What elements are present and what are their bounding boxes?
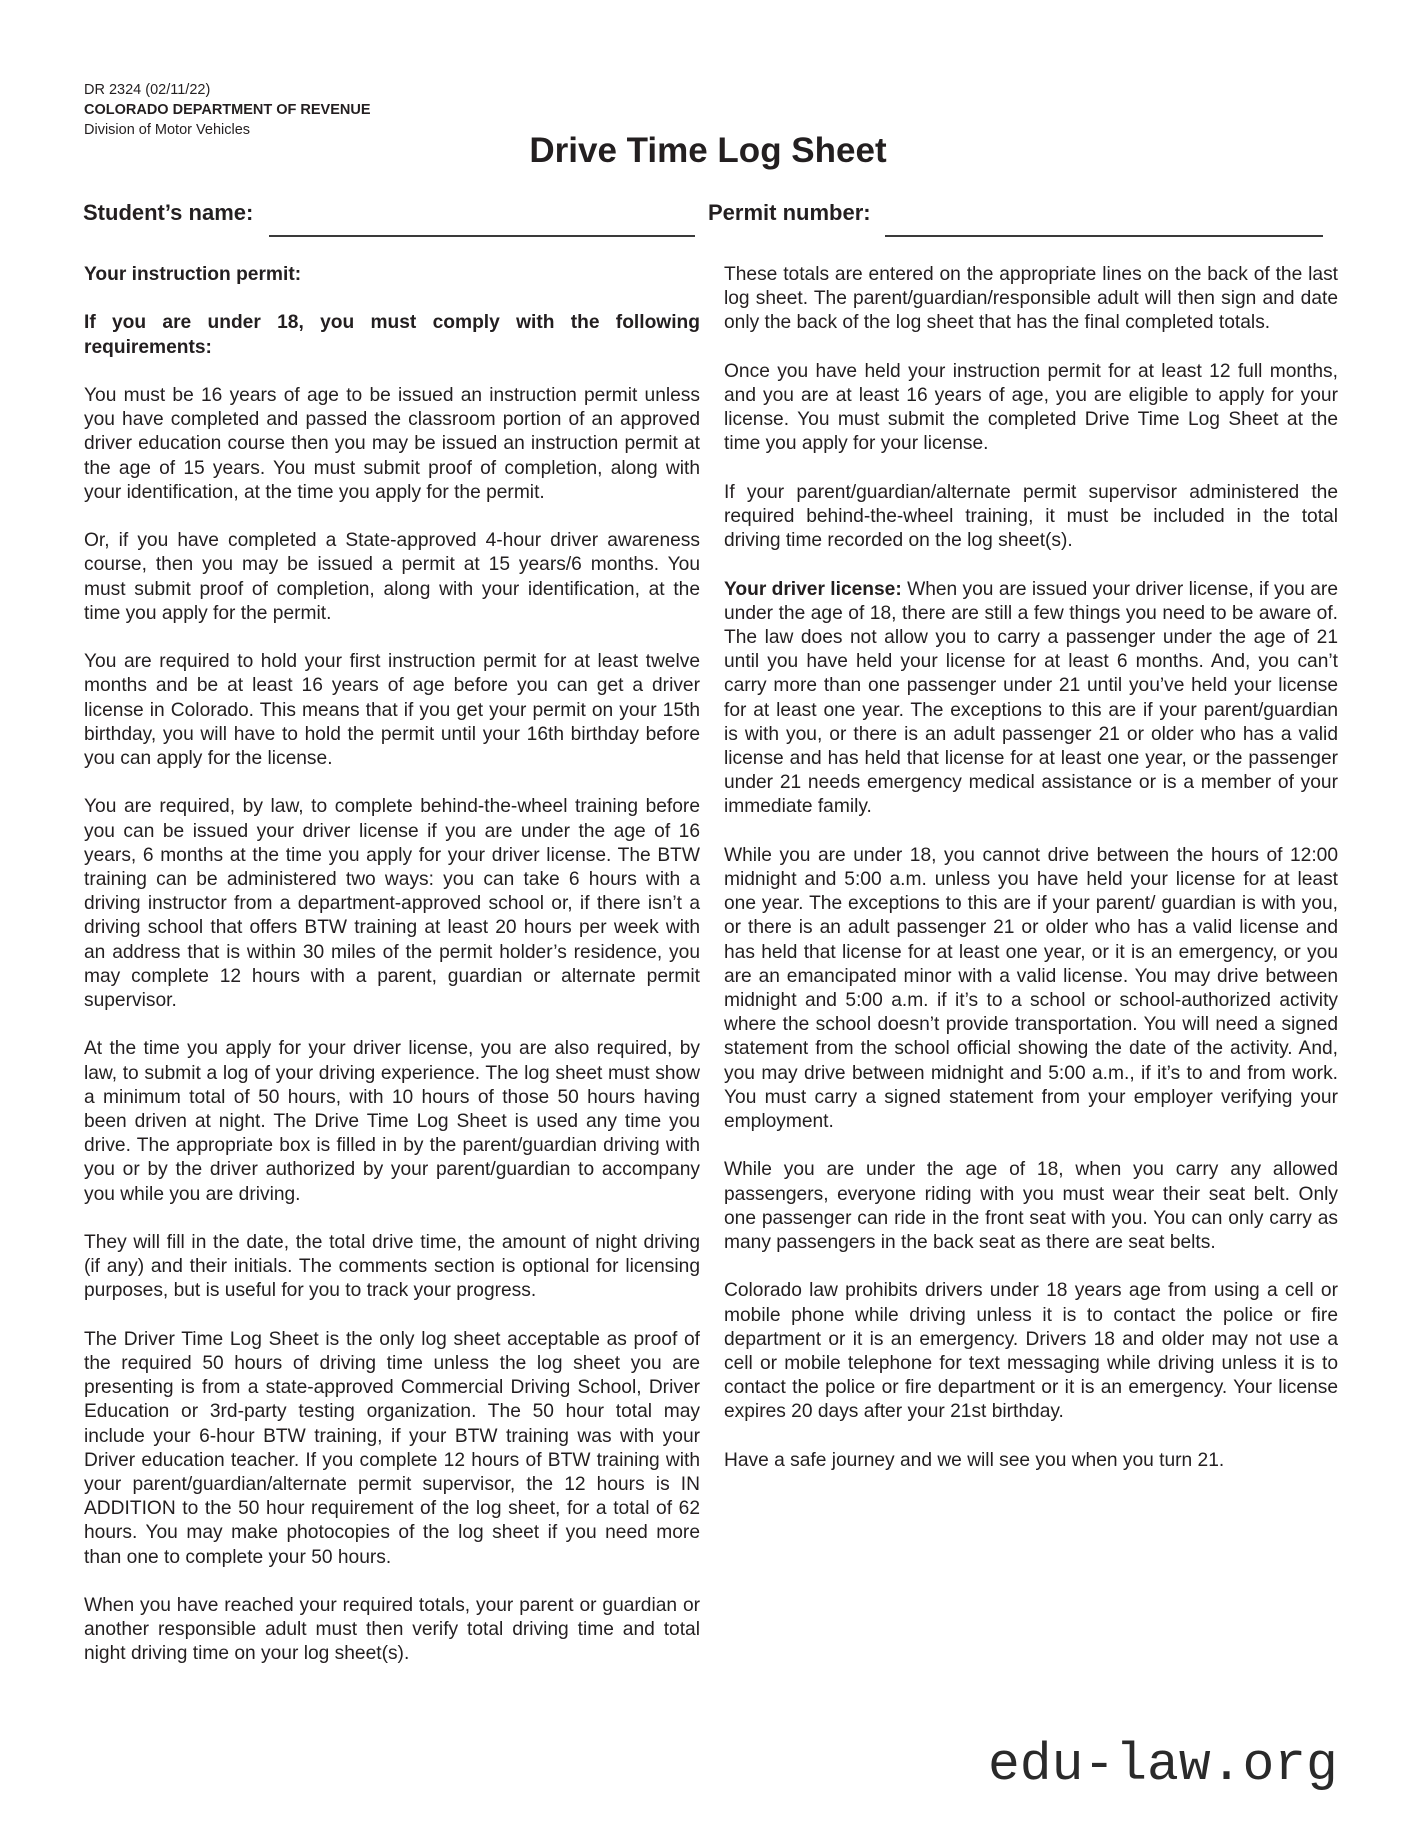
section-heading-driver-license: Your driver license:: [724, 579, 902, 600]
closing-line: Have a safe journey and we will see you …: [724, 1449, 1338, 1473]
paragraph: Or, if you have completed a State-approv…: [84, 529, 700, 626]
paragraph: These totals are entered on the appropri…: [724, 263, 1338, 336]
form-number: DR 2324 (02/11/22): [84, 80, 371, 100]
right-column: These totals are entered on the appropri…: [724, 263, 1338, 1497]
paragraph: Colorado law prohibits drivers under 18 …: [724, 1279, 1338, 1424]
paragraph: If your parent/guardian/alternate permit…: [724, 481, 1338, 554]
section-subheading-under-18: If you are under 18, you must comply wit…: [84, 311, 700, 359]
left-column: Your instruction permit: If you are unde…: [84, 263, 700, 1691]
student-name-input[interactable]: [269, 235, 695, 237]
paragraph: While you are under 18, you cannot drive…: [724, 844, 1338, 1134]
permit-number-label: Permit number:: [708, 199, 871, 227]
paragraph: The Driver Time Log Sheet is the only lo…: [84, 1328, 700, 1570]
student-name-field: Student’s name:: [83, 199, 695, 227]
driver-license-section: Your driver license: When you are issued…: [724, 578, 1338, 820]
permit-number-input[interactable]: [885, 235, 1323, 237]
permit-number-field: Permit number:: [708, 199, 1323, 227]
paragraph: When you have reached your required tota…: [84, 1594, 700, 1667]
page-title: Drive Time Log Sheet: [0, 130, 1416, 172]
section-heading-instruction-permit: Your instruction permit:: [84, 263, 700, 287]
watermark: edu-law.org: [988, 1735, 1338, 1795]
department-name: COLORADO DEPARTMENT OF REVENUE: [84, 100, 371, 120]
page-title-text: Drive Time Log Sheet: [529, 130, 886, 172]
paragraph: Once you have held your instruction perm…: [724, 360, 1338, 457]
paragraph: You are required, by law, to complete be…: [84, 795, 700, 1013]
paragraph: They will fill in the date, the total dr…: [84, 1231, 700, 1304]
student-name-label: Student’s name:: [83, 199, 253, 227]
paragraph: You are required to hold your first inst…: [84, 650, 700, 771]
paragraph: While you are under the age of 18, when …: [724, 1158, 1338, 1255]
paragraph: You must be 16 years of age to be issued…: [84, 384, 700, 505]
driver-license-text: When you are issued your driver license,…: [724, 579, 1338, 818]
paragraph: At the time you apply for your driver li…: [84, 1037, 700, 1206]
